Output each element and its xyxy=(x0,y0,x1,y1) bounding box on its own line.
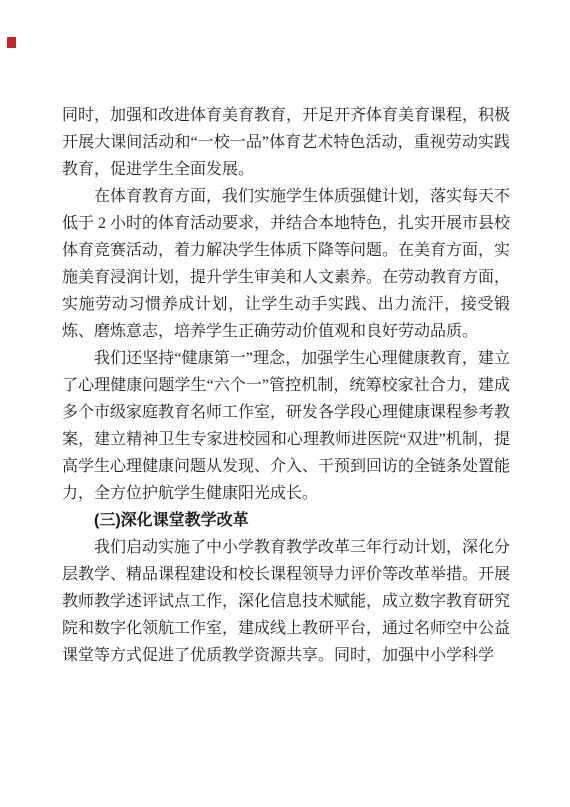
document-content: 同时，加强和改进体育美育教育，开足开齐体育美育课程，积极开展大课间活动和“一校一… xyxy=(62,102,510,669)
paragraph-pe-arts-labor-education: 在体育教育方面，我们实施学生体质强健计划，落实每天不低于 2 小时的体育活动要求… xyxy=(62,183,510,345)
paragraph-mental-health: 我们还坚持“健康第一”理念，加强学生心理健康教育，建立了心理健康问题学生“六个一… xyxy=(62,345,510,507)
red-marker xyxy=(7,37,16,48)
paragraph-sports-arts-overview: 同时，加强和改进体育美育教育，开足开齐体育美育课程，积极开展大课间活动和“一校一… xyxy=(62,102,510,183)
section-heading-classroom-reform: (三)深化课堂教学改革 xyxy=(62,507,510,534)
paragraph-teaching-reform: 我们启动实施了中小学教育教学改革三年行动计划，深化分层教学、精品课程建设和校长课… xyxy=(62,534,510,669)
document-page: 同时，加强和改进体育美育教育，开足开齐体育美育课程，积极开展大课间活动和“一校一… xyxy=(0,0,570,807)
